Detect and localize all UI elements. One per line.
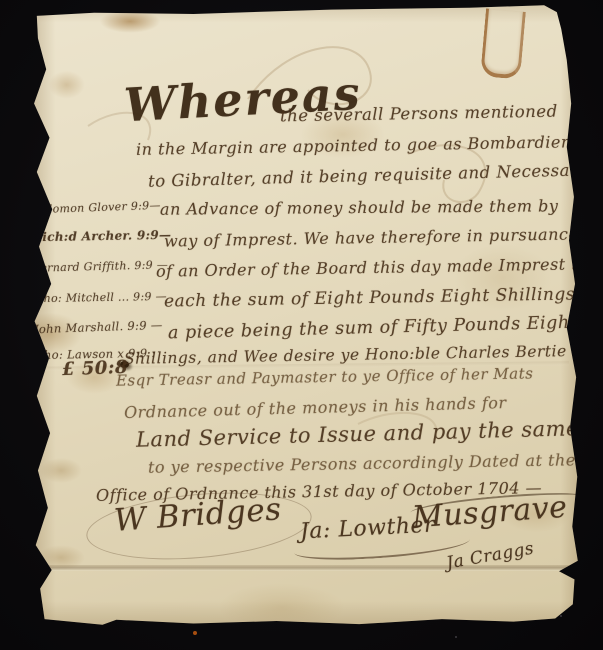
margin-name: John Marshall. 9:9 — <box>34 320 163 336</box>
body-line: way of Imprest. We have therefore in pur… <box>164 226 579 249</box>
body-line: an Advance of money should be made them … <box>160 198 559 217</box>
margin-name: Bernard Griffith. 9:9 — <box>32 259 168 274</box>
body-line: to Gibralter, and it being requisite and… <box>148 162 588 190</box>
body-line: to ye respective Persons accordingly Dat… <box>148 452 576 475</box>
body-line: a piece being the sum of Fifty Pounds Ei… <box>168 315 578 343</box>
dust-speck <box>455 636 457 638</box>
signature-musgrave: Musgrave <box>411 493 568 534</box>
body-line: Land Service to Issue and pay the same <box>136 418 579 451</box>
body-line: Esqr Treasr and Paymaster to ye Office o… <box>116 366 534 388</box>
body-line: in the Margin are appointed to goe as Bo… <box>136 134 578 158</box>
body-line: of an Order of the Board this day made I… <box>156 256 589 280</box>
dust-speck <box>560 615 562 617</box>
body-line: the severall Persons mentioned <box>280 104 558 125</box>
body-line: each the sum of Eight Pounds Eight Shill… <box>164 286 575 310</box>
dust-speck <box>193 631 197 635</box>
margin-name: Tho: Lawson x 9:9 : <box>36 348 156 362</box>
body-line: Shillings, and Wee desire ye Hono:ble Ch… <box>124 344 567 367</box>
paperclip-rust-mark <box>480 8 526 79</box>
margin-name: Solomon Glover 9:9— <box>34 200 161 215</box>
margin-name: Tho: Mitchell ... 9:9 — <box>36 291 167 304</box>
photo-background: Whereas the severall Persons mentioned i… <box>0 0 603 650</box>
manuscript-paper: Whereas the severall Persons mentioned i… <box>28 4 580 626</box>
amount-note: £ 50:8 <box>62 359 129 379</box>
margin-name: Rich:d Archer. 9:9— <box>32 229 171 243</box>
body-line: Ordnance out of the moneys in his hands … <box>124 395 507 421</box>
